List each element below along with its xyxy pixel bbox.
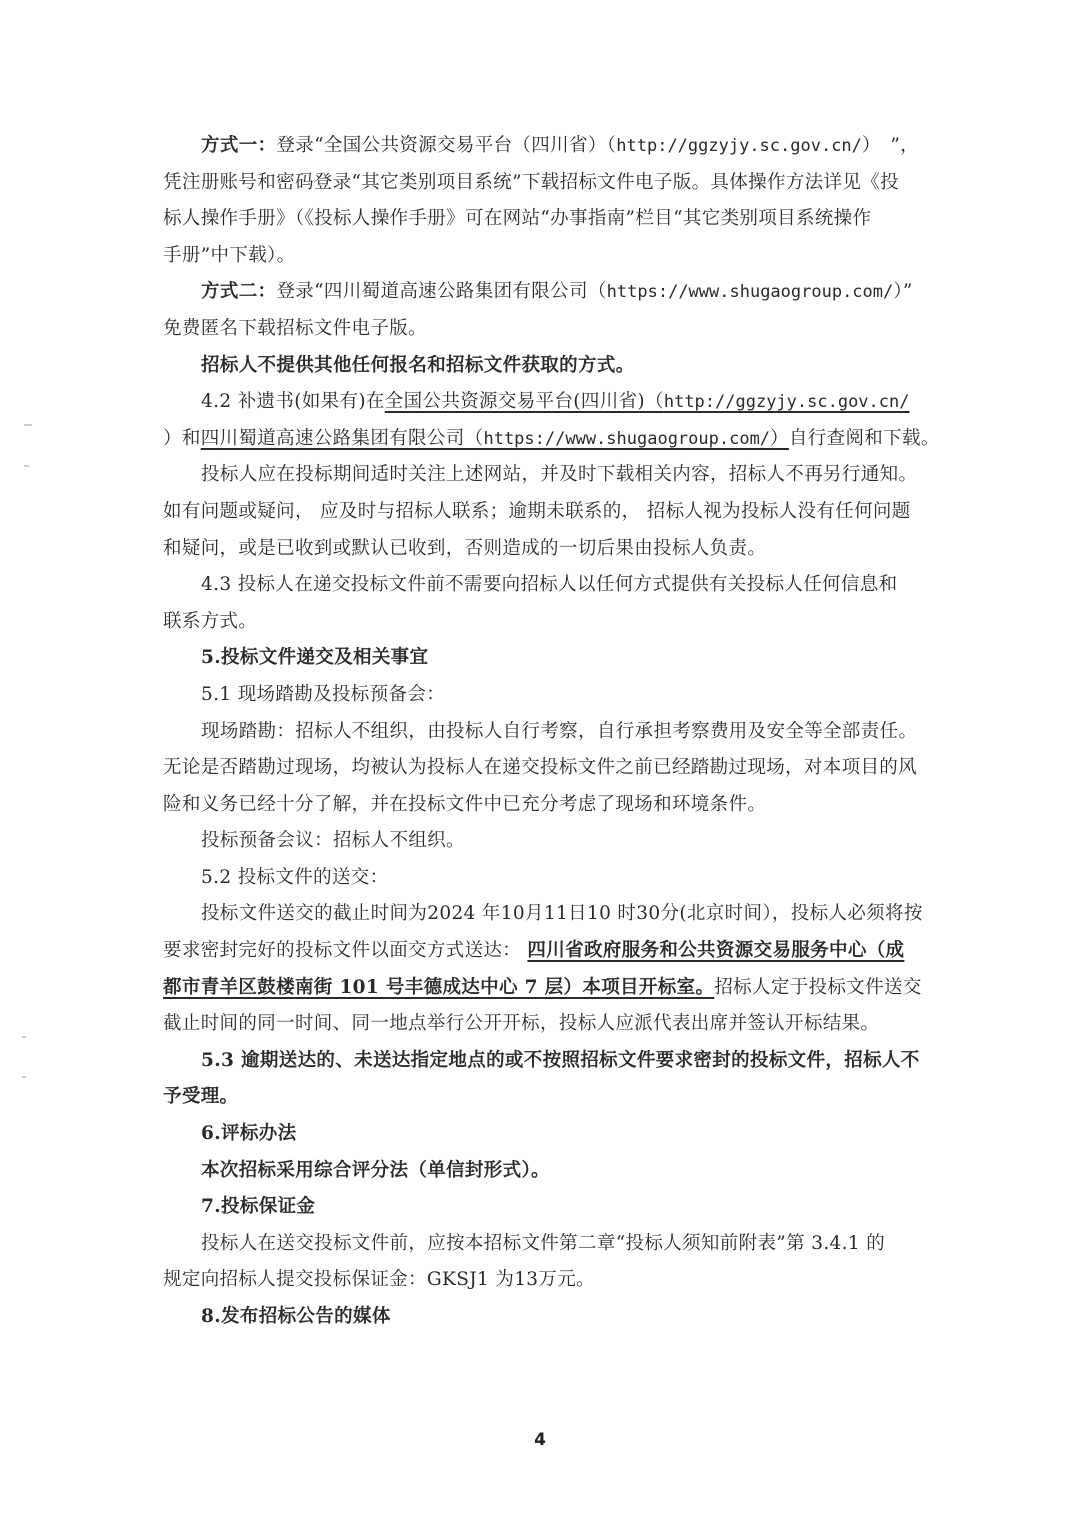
text-segment: 7.投标保证金 (201, 1196, 315, 1217)
scan-mark (22, 1076, 26, 1078)
text-line: 8.发布招标公告的媒体 (163, 1299, 919, 1336)
url-text: https://www.shugaogroup.com/ (483, 429, 770, 449)
text-segment: ）和 (163, 428, 201, 449)
text-segment: 投标人在送交投标文件前，应按本招标文件第二章“投标人须知前附表”第 3.4.1 … (201, 1233, 885, 1254)
text-line: 联系方式。 (163, 604, 919, 641)
text-segment: 方式一： (201, 135, 276, 156)
text-segment: 予受理。 (163, 1086, 238, 1107)
text-segment: 和疑问，或是已收到或默认已收到，否则造成的一切后果由投标人负责。 (163, 538, 766, 559)
scan-mark (24, 424, 32, 426)
text-segment: 招标人不提供其他任何报名和招标文件获取的方式。 (201, 355, 635, 376)
text-line: 无论是否踏勘过现场，均被认为投标人在递交投标文件之前已经踏勘过现场，对本项目的风 (163, 750, 919, 787)
text-line: 和疑问，或是已收到或默认已收到，否则造成的一切后果由投标人负责。 (163, 531, 919, 568)
text-segment: 方式二： (201, 281, 276, 302)
text-line: 方式二：登录“四川蜀道高速公路集团有限公司（https://www.shugao… (163, 274, 919, 311)
text-line: 凭注册账号和密码登录“其它类别项目系统”下载招标文件电子版。具体操作方法详见《投 (163, 165, 919, 202)
text-segment: 要求密封完好的投标文件以面交方式送达： (163, 940, 527, 961)
text-line: 手册”中下载）。 (163, 238, 919, 275)
text-line: 现场踏勘：招标人不组织，由投标人自行考察，自行承担考察费用及安全等全部责任。 (163, 714, 919, 751)
text-segment: 无论是否踏勘过现场，均被认为投标人在递交投标文件之前已经踏勘过现场，对本项目的风 (163, 757, 917, 778)
text-line: 投标文件送交的截止时间为2024 年10月11日10 时30分(北京时间），投标… (163, 896, 919, 933)
text-line: 如有问题或疑问， 应及时与招标人联系；逾期未联系的， 招标人视为投标人没有任何问… (163, 494, 919, 531)
text-line: 投标预备会议：招标人不组织。 (163, 823, 919, 860)
text-line: ）和四川蜀道高速公路集团有限公司（https://www.shugaogroup… (163, 421, 919, 458)
text-segment: 联系方式。 (163, 611, 257, 632)
text-segment: 4.3 投标人在递交投标文件前不需要向招标人以任何方式提供有关投标人任何信息和 (201, 574, 897, 595)
text-segment: 6.评标办法 (201, 1123, 296, 1144)
text-line: 截止时间的同一时间、同一地点举行公开开标，投标人应派代表出席并签认开标结果。 (163, 1006, 919, 1043)
text-line: 免费匿名下载招标文件电子版。 (163, 311, 919, 348)
text-segment: 截止时间的同一时间、同一地点举行公开开标，投标人应派代表出席并签认开标结果。 (163, 1013, 879, 1034)
text-line: 投标人应在投标期间适时关注上述网站，并及时下载相关内容，招标人不再另行通知。 (163, 457, 919, 494)
text-line: 规定向招标人提交投标保证金：GKSJ1 为13万元。 (163, 1262, 919, 1299)
scan-mark (22, 1036, 26, 1038)
text-segment: 招标人定于投标文件送交 (714, 977, 921, 998)
text-segment: 如有问题或疑问， 应及时与招标人联系；逾期未联系的， 招标人视为投标人没有任何问… (163, 501, 911, 522)
text-segment: 登录“全国公共资源交易平台（四川省）（ (276, 135, 616, 156)
text-segment: 投标文件送交的截止时间为2024 年10月11日10 时30分(北京时间），投标… (201, 903, 923, 924)
text-line: 投标人在送交投标文件前，应按本招标文件第二章“投标人须知前附表”第 3.4.1 … (163, 1226, 919, 1263)
text-line: 7.投标保证金 (163, 1189, 919, 1226)
text-segment: 投标预备会议：招标人不组织。 (201, 830, 465, 851)
text-line: 招标人不提供其他任何报名和招标文件获取的方式。 (163, 348, 919, 385)
text-segment: 险和义务已经十分了解，并在投标文件中已充分考虑了现场和环境条件。 (163, 794, 766, 815)
text-segment: 5.2 投标文件的送交： (201, 867, 389, 888)
text-line: 予受理。 (163, 1079, 919, 1116)
text-segment: 凭注册账号和密码登录“其它类别项目系统”下载招标文件电子版。具体操作方法详见《投 (163, 172, 899, 193)
text-segment: ） ”， (862, 135, 919, 156)
url-text: http://ggzyjy.sc.gov.cn/ (664, 392, 910, 412)
text-segment: 规定向招标人提交投标保证金：GKSJ1 为13万元。 (163, 1269, 595, 1290)
underlined-text: 全国公共资源交易平台(四川省)（ (385, 391, 664, 412)
text-segment: ）” (893, 281, 912, 302)
text-segment: 投标人应在投标期间适时关注上述网站，并及时下载相关内容，招标人不再另行通知。 (201, 464, 917, 485)
underlined-text: 四川蜀道高速公路集团有限公司（ (201, 428, 484, 449)
text-line: 5.1 现场踏勘及投标预备会： (163, 677, 919, 714)
text-line: 4.3 投标人在递交投标文件前不需要向招标人以任何方式提供有关投标人任何信息和 (163, 567, 919, 604)
text-line: 险和义务已经十分了解，并在投标文件中已充分考虑了现场和环境条件。 (163, 787, 919, 824)
text-segment: 5.3 逾期送达的、未送达指定地点的或不按照招标文件要求密封的投标文件，招标人不 (201, 1050, 920, 1071)
text-segment: 现场踏勘：招标人不组织，由投标人自行考察，自行承担考察费用及安全等全部责任。 (201, 721, 917, 742)
text-line: 6.评标办法 (163, 1116, 919, 1153)
text-line: 方式一：登录“全国公共资源交易平台（四川省）（http://ggzyjy.sc.… (163, 128, 919, 165)
text-line: 5.2 投标文件的送交： (163, 860, 919, 897)
document-body: 方式一：登录“全国公共资源交易平台（四川省）（http://ggzyjy.sc.… (163, 128, 919, 1336)
text-line: 本次招标采用综合评分法（单信封形式）。 (163, 1153, 919, 1190)
text-segment: 5.1 现场踏勘及投标预备会： (201, 684, 445, 705)
text-line: 4.2 补遗书(如果有)在全国公共资源交易平台(四川省)（http://ggzy… (163, 384, 919, 421)
text-segment: 登录“四川蜀道高速公路集团有限公司（ (276, 281, 606, 302)
text-segment: 手册”中下载）。 (163, 245, 296, 266)
underlined-text: 四川省政府服务和公共资源交易服务中心（成 (527, 940, 904, 961)
text-line: 要求密封完好的投标文件以面交方式送达： 四川省政府服务和公共资源交易服务中心（成 (163, 933, 919, 970)
url-text: http://ggzyjy.sc.gov.cn/ (616, 136, 862, 156)
text-line: 5.投标文件递交及相关事宜 (163, 640, 919, 677)
text-segment: 本次招标采用综合评分法（单信封形式）。 (201, 1160, 550, 1181)
scan-mark (24, 465, 29, 467)
text-segment: 5.投标文件递交及相关事宜 (201, 647, 428, 668)
url-text: https://www.shugaogroup.com/ (607, 282, 894, 302)
text-line: 5.3 逾期送达的、未送达指定地点的或不按照招标文件要求密封的投标文件，招标人不 (163, 1043, 919, 1080)
underlined-text: ） (770, 428, 789, 449)
page-number: 4 (0, 1430, 1080, 1450)
text-segment: 8.发布招标公告的媒体 (201, 1306, 391, 1327)
text-line: 标人操作手册》（《投标人操作手册》可在网站“办事指南”栏目“其它类别项目系统操作 (163, 201, 919, 238)
text-segment: 自行查阅和下载。 (789, 428, 940, 449)
text-segment: 免费匿名下载招标文件电子版。 (163, 318, 427, 339)
underlined-text: 都市青羊区鼓楼南街 101 号丰德成达中心 7 层）本项目开标室。 (163, 977, 714, 998)
text-line: 都市青羊区鼓楼南街 101 号丰德成达中心 7 层）本项目开标室。招标人定于投标… (163, 970, 919, 1007)
text-segment: 4.2 补遗书(如果有)在 (201, 391, 385, 412)
text-segment: 标人操作手册》（《投标人操作手册》可在网站“办事指南”栏目“其它类别项目系统操作 (163, 208, 871, 229)
